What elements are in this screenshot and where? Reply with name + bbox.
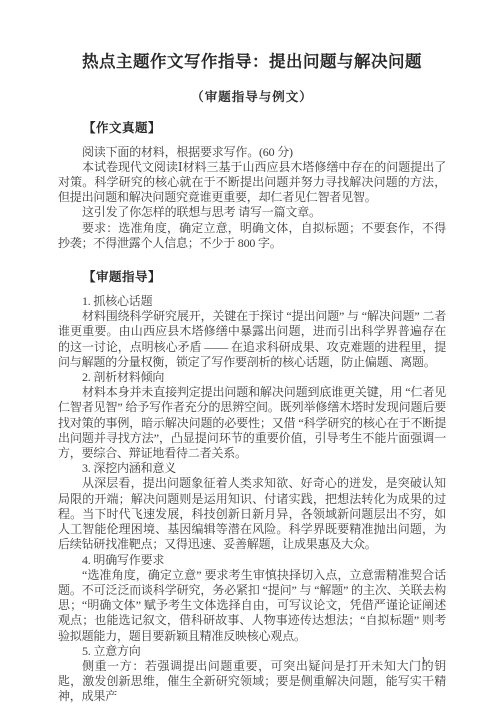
guidance-item-1-heading: 1. 抓核心话题	[58, 294, 446, 309]
guidance-item-4-body: “选准角度，确定立意” 要求考生审慎抉择切入点，立意需精准契合话题。不可泛泛而谈…	[58, 568, 446, 644]
page-title: 热点主题作文写作指导：提出问题与解决问题	[58, 52, 446, 73]
section-heading-topic-guidance: 【审题指导】	[58, 267, 446, 285]
guidance-item-5-body: 侧重一方：若强调提出问题重要，可突出疑问是打开未知大门的钥匙，激发创新思维，催生…	[58, 659, 446, 705]
guidance-item-4-heading: 4. 明确写作要求	[58, 553, 446, 568]
paragraph-prompt-task: 这引发了你怎样的联想与思考 请写一篇文章。	[58, 205, 446, 220]
guidance-item-2-body: 材料本身并未直接判定提出问题和解决问题到底谁更关键，用 “仁者见仁智者见智” 给…	[58, 385, 446, 461]
document-page: 热点主题作文写作指导：提出问题与解决问题 （审题指导与例文） 【作文真题】 阅读…	[0, 0, 500, 707]
paragraph-prompt-intro: 阅读下面的材料，根据要求写作。(60 分)	[58, 145, 446, 160]
page-subtitle: （审题指导与例文）	[58, 87, 446, 105]
guidance-item-1-body: 材料围绕科学研究展开，关键在于探讨 “提出问题” 与 “解决问题” 二者谁更重要…	[58, 309, 446, 370]
paragraph-prompt-requirements: 要求：选准角度，确定立意，明确文体，自拟标题；不要套作，不得抄袭；不得泄露个人信…	[58, 221, 446, 251]
guidance-item-2-heading: 2. 剖析材料倾向	[58, 370, 446, 385]
section-heading-essay-prompt: 【作文真题】	[58, 118, 446, 136]
guidance-item-3-body: 从深层看，提出问题象征着人类求知欲、好奇心的迸发，是突破认知局限的开端；解决问题…	[58, 476, 446, 552]
guidance-item-3-heading: 3. 深挖内涵和意义	[58, 461, 446, 476]
page-number: 1	[421, 656, 426, 667]
paragraph-prompt-material: 本试卷现代文阅读Ⅰ材料三基于山西应县木塔修缮中存在的问题提出了对策。科学研究的核…	[58, 160, 446, 206]
guidance-item-5-heading: 5. 立意方向	[58, 644, 446, 659]
document-content: 热点主题作文写作指导：提出问题与解决问题 （审题指导与例文） 【作文真题】 阅读…	[58, 52, 446, 705]
